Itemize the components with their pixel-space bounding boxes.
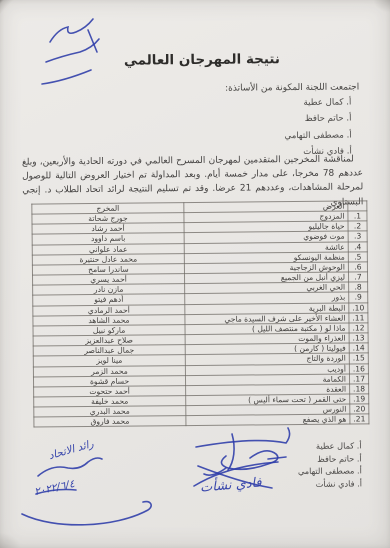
scanned-document: نتيجة المهرجان العالمي اجتمعت اللجنة الم…: [0, 0, 390, 548]
signoff-name: أ. كمال عطية: [298, 439, 362, 452]
row-number: 19.: [350, 394, 369, 404]
row-number: 20.: [350, 404, 369, 414]
results-table: العرض المخرج 1. المزدوج جورج شحاتة 2. حي…: [31, 200, 369, 428]
intro-line: اجتمعت اللجنة المكونة من الأساتذة:: [225, 82, 359, 93]
row-number: 1.: [348, 211, 367, 221]
row-number: 18.: [350, 384, 369, 394]
row-number: 4.: [348, 241, 367, 251]
row-number: 14.: [349, 343, 368, 353]
signoff-name: أ. حاتم حافظ: [298, 452, 362, 465]
row-number: 5.: [348, 252, 367, 262]
row-number: 21.: [350, 414, 369, 424]
row-number: 2.: [348, 221, 367, 231]
row-number: 11.: [349, 313, 368, 323]
table-row: 21. هو الذي يصفع محمد فاروق: [34, 414, 369, 427]
row-number: 7.: [348, 272, 367, 282]
document-content: نتيجة المهرجان العالمي اجتمعت اللجنة الم…: [0, 0, 390, 548]
row-number: 9.: [349, 292, 368, 302]
row-number: 13.: [349, 333, 368, 343]
row-number: 10.: [349, 302, 368, 312]
row-number: 6.: [348, 262, 367, 272]
header-number: [348, 201, 367, 211]
row-number: 12.: [349, 323, 368, 333]
committee-member: أ. مصطفى التهامي: [284, 127, 351, 144]
row-number: 8.: [349, 282, 368, 292]
row-number: 3.: [348, 231, 367, 241]
table-body: 1. المزدوج جورج شحاتة 2. حياة جاليليو أح…: [32, 211, 369, 427]
row-number: 17.: [349, 373, 368, 383]
signoff-list: أ. كمال عطية أ. حاتم حافظ أ. مصطفى التها…: [298, 439, 362, 490]
show-title: هو الذي يصفع: [186, 414, 350, 426]
committee-member: أ. حاتم حافظ: [284, 111, 351, 128]
committee-list: أ. كمال عطية أ. حاتم حافظ أ. مصطفى التها…: [284, 94, 352, 160]
row-number: 16.: [349, 363, 368, 373]
signoff-name: أ. مصطفى التهامي: [298, 464, 362, 477]
director-name: محمد فاروق: [34, 416, 186, 428]
row-number: 15.: [349, 353, 368, 363]
page-title: نتيجة المهرجان العالمي: [0, 50, 390, 70]
committee-member: أ. كمال عطية: [284, 94, 351, 111]
signoff-name: أ. فادي نشأت: [298, 477, 362, 490]
